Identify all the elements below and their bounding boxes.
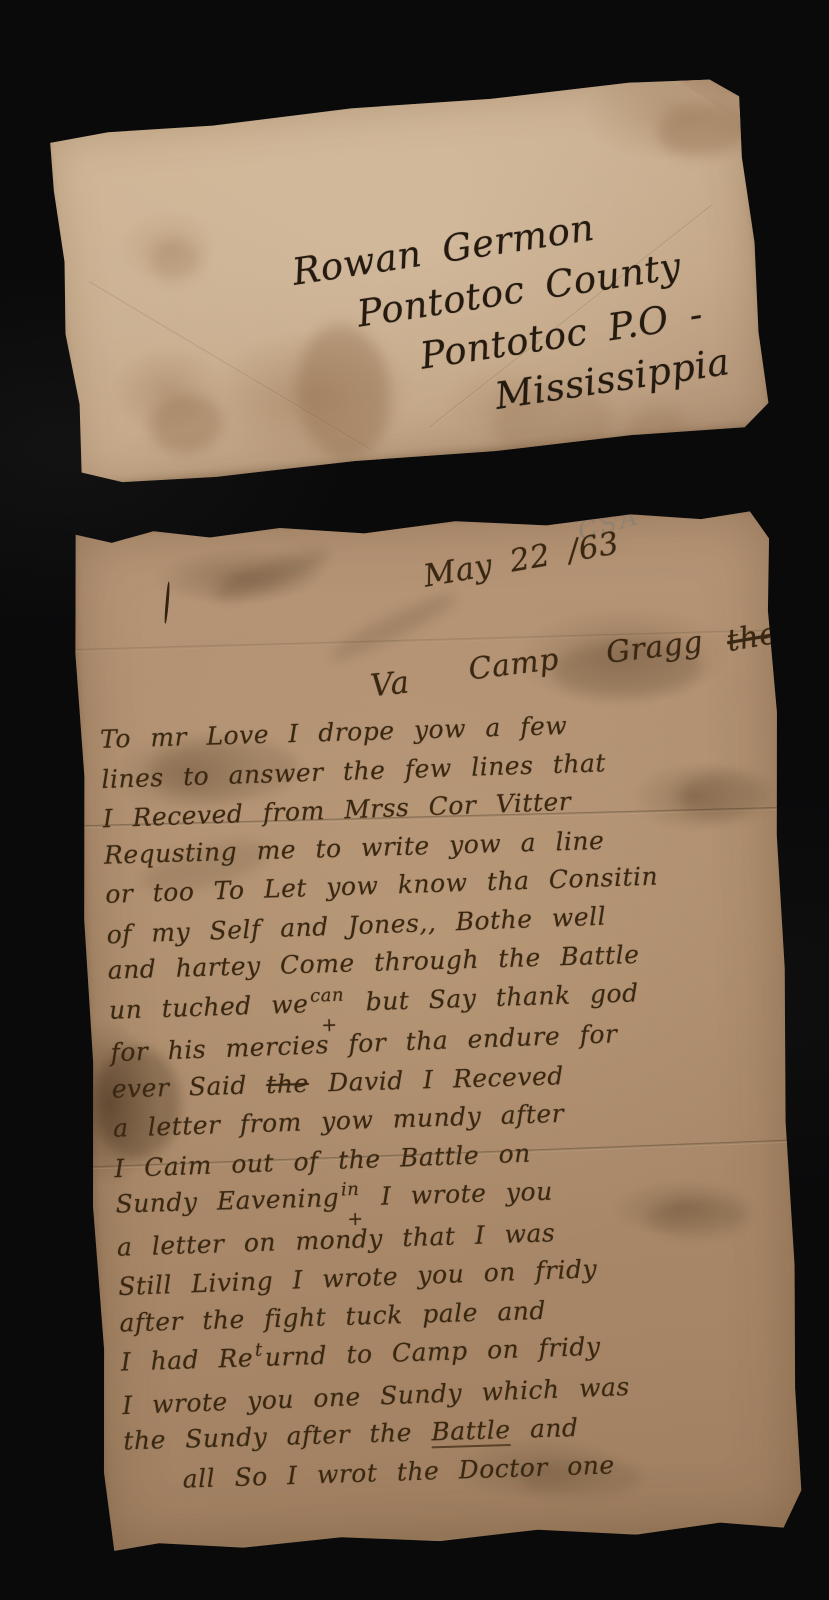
letter-heading-place: Camp Gragg: [467, 624, 705, 687]
envelope: Rowan GermonPontotoc CountyPontotoc P.O …: [45, 71, 773, 491]
stain-smudge: [148, 392, 225, 456]
letter-page: CSA May 22 /63 Camp Gragg the 22/63 Va T…: [69, 508, 805, 1555]
letter-date: May 22 /63: [421, 525, 622, 594]
stain-smudge: [624, 404, 687, 449]
letter-body: To mr Love I drope yow a fewlines to ans…: [100, 700, 781, 1500]
letter-heading-state: Va: [369, 664, 412, 704]
stray-ink-mark: [164, 582, 171, 624]
letter-heading-strikethrough: the 22: [724, 605, 829, 659]
stain-smudge: [148, 239, 203, 284]
stain-smudge: [210, 543, 332, 608]
photo-background: Rowan GermonPontotoc CountyPontotoc P.O …: [0, 0, 829, 1600]
